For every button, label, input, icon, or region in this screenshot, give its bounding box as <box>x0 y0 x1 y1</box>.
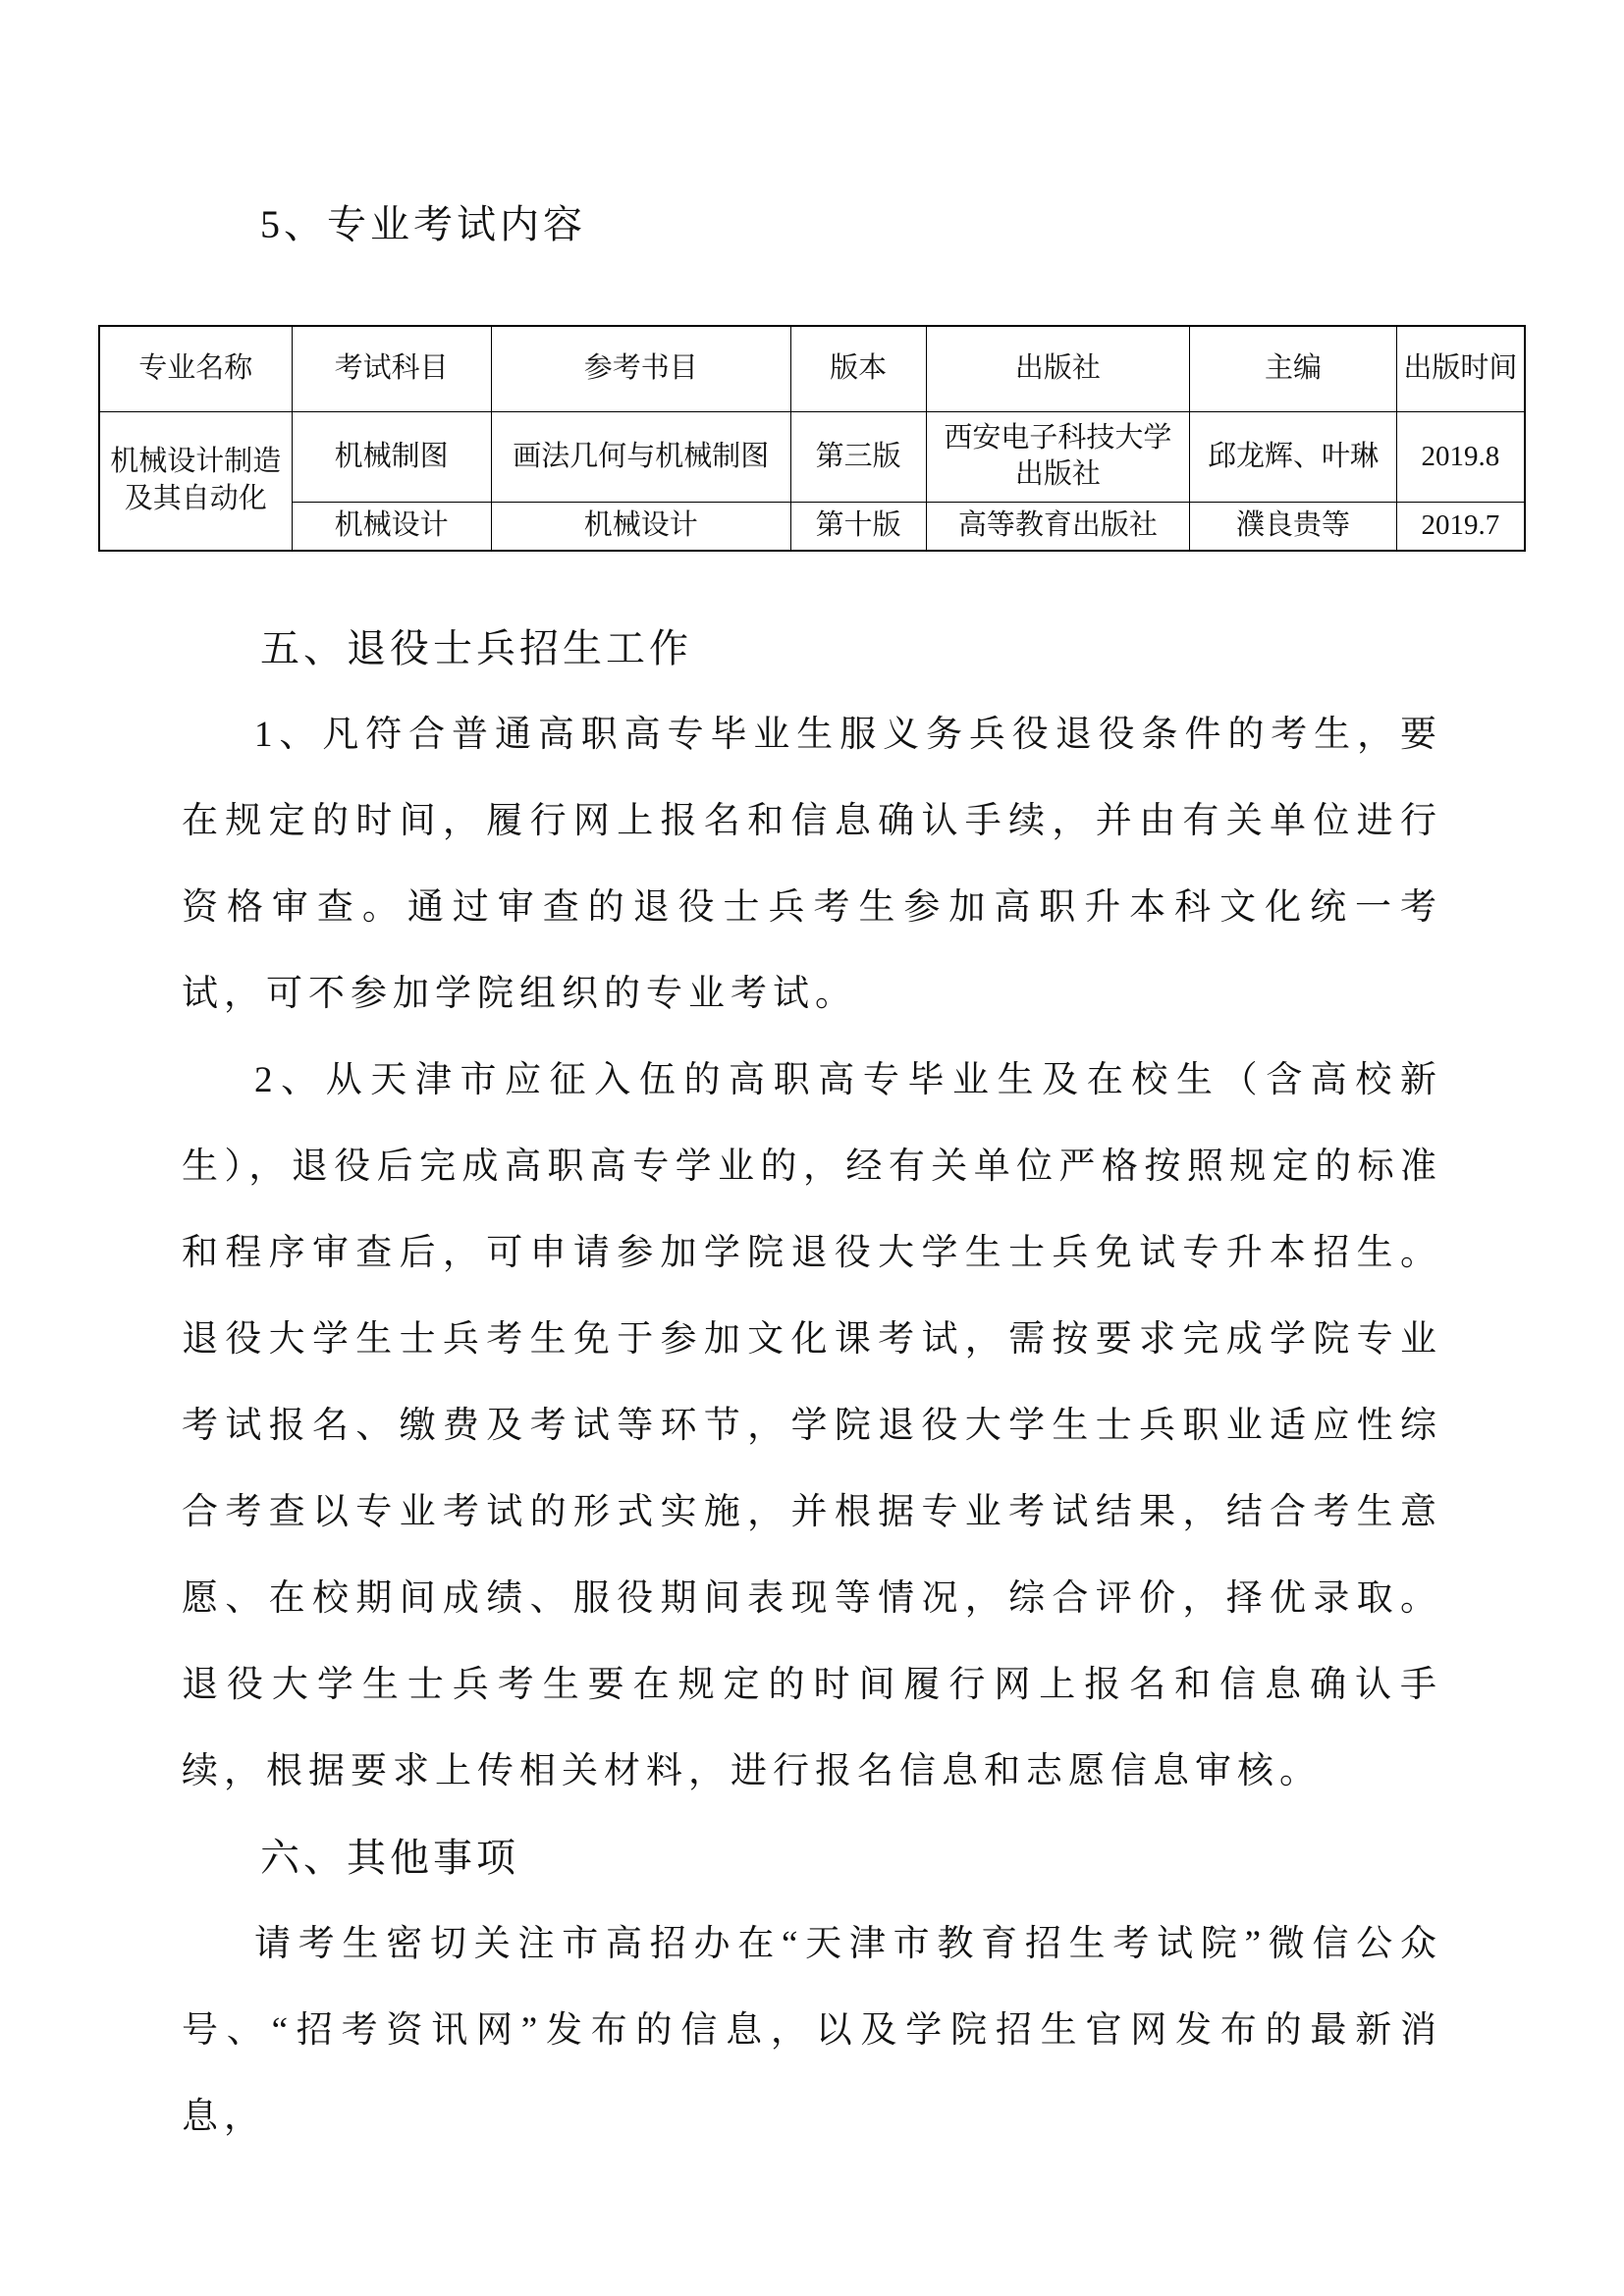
table-row: 机械设计 机械设计 第十版 高等教育出版社 濮良贵等 2019.7 <box>99 503 1525 551</box>
col-header-reference-book: 参考书目 <box>491 326 790 411</box>
col-header-chief-editor: 主编 <box>1190 326 1397 411</box>
cell-chief-editor: 濮良贵等 <box>1190 503 1397 551</box>
cell-reference-book: 画法几何与机械制图 <box>491 411 790 502</box>
cell-major-name: 机械设计制造及其自动化 <box>99 411 292 551</box>
cell-exam-subject: 机械制图 <box>292 411 491 502</box>
paragraph-other-matters: 请考生密切关注市高招办在“天津市教育招生考试院”微信公众号、“招考资讯网”发布的… <box>98 1901 1526 2161</box>
heading-section-5-veteran-recruitment: 五、退役士兵招生工作 <box>98 606 1526 692</box>
cell-exam-subject: 机械设计 <box>292 503 491 551</box>
col-header-major-name: 专业名称 <box>99 326 292 411</box>
col-header-edition: 版本 <box>790 326 926 411</box>
heading-section-6-other-matters: 六、其他事项 <box>98 1815 1526 1901</box>
cell-edition: 第三版 <box>790 411 926 502</box>
document-page: 5、专业考试内容 专业名称 考试科目 参考书目 版本 出版社 主编 出版时间 <box>0 0 1624 2296</box>
cell-chief-editor: 邱龙辉、叶琳 <box>1190 411 1397 502</box>
col-header-publish-date: 出版时间 <box>1396 326 1525 411</box>
col-header-exam-subject: 考试科目 <box>292 326 491 411</box>
col-header-publisher: 出版社 <box>926 326 1190 411</box>
cell-publish-date: 2019.7 <box>1396 503 1525 551</box>
exam-content-table: 专业名称 考试科目 参考书目 版本 出版社 主编 出版时间 机械设计制造及其自动… <box>98 325 1526 552</box>
table-row: 机械设计制造及其自动化 机械制图 画法几何与机械制图 第三版 西安电子科技大学出… <box>99 411 1525 502</box>
paragraph-veteran-item-1: 1、凡符合普通高职高专毕业生服义务兵役退役条件的考生，要在规定的时间，履行网上报… <box>98 692 1526 1038</box>
cell-reference-book: 机械设计 <box>491 503 790 551</box>
cell-edition: 第十版 <box>790 503 926 551</box>
heading-exam-content: 5、专业考试内容 <box>98 182 1526 268</box>
table-header-row: 专业名称 考试科目 参考书目 版本 出版社 主编 出版时间 <box>99 326 1525 411</box>
cell-publisher: 高等教育出版社 <box>926 503 1190 551</box>
cell-publisher: 西安电子科技大学出版社 <box>926 411 1190 502</box>
cell-publish-date: 2019.8 <box>1396 411 1525 502</box>
paragraph-veteran-item-2: 2、从天津市应征入伍的高职高专毕业生及在校生（含高校新生），退役后完成高职高专学… <box>98 1038 1526 1815</box>
